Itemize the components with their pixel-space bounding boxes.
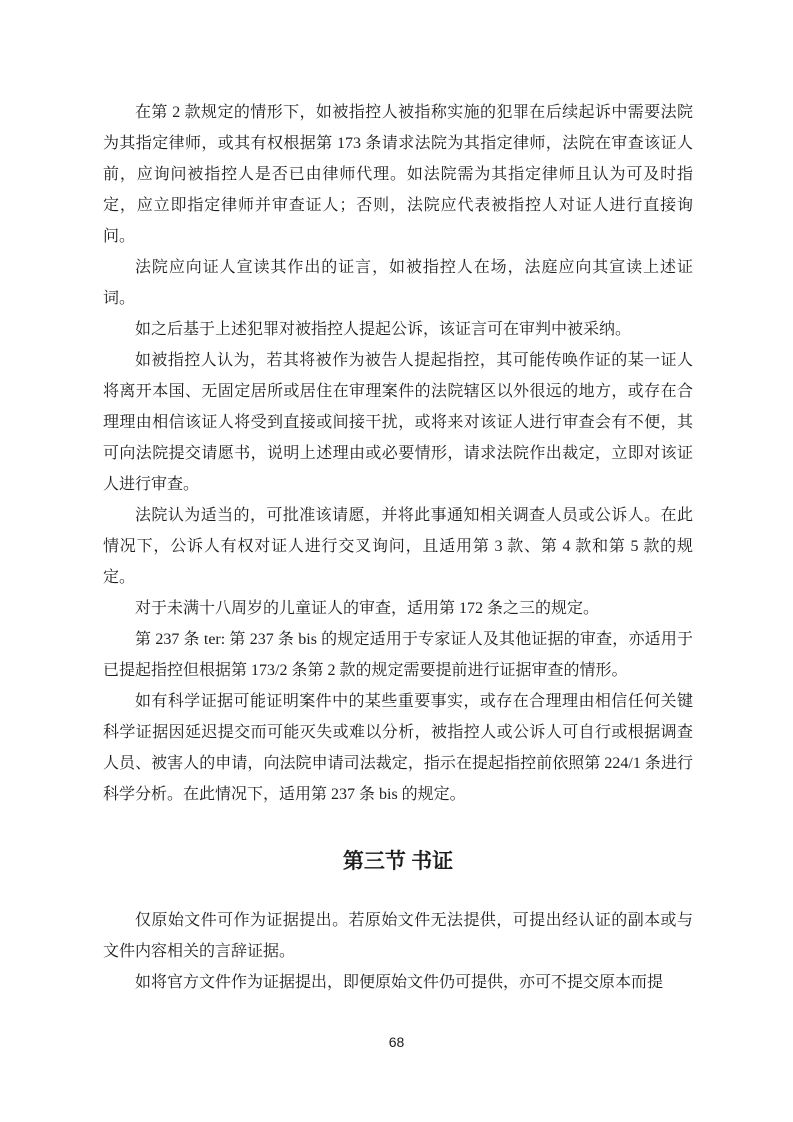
paragraph: 法院认为适当的，可批准该请愿，并将此事通知相关调查人员或公诉人。在此情况下，公诉… <box>103 500 693 593</box>
document-page: 在第 2 款规定的情形下，如被指控人被指称实施的犯罪在后续起诉中需要法院为其指定… <box>0 0 793 1122</box>
paragraph: 如将官方文件作为证据提出，即便原始文件仍可提供，亦可不提交原本而提 <box>103 967 693 998</box>
paragraph: 对于未满十八周岁的儿童证人的审查，适用第 172 条之三的规定。 <box>103 593 693 624</box>
paragraph: 如有科学证据可能证明案件中的某些重要事实，或存在合理理由相信任何关键科学证据因延… <box>103 686 693 810</box>
paragraph: 法院应向证人宣读其作出的证言，如被指控人在场，法庭应向其宣读上述证词。 <box>103 252 693 314</box>
paragraph: 第 237 条 ter: 第 237 条 bis 的规定适用于专家证人及其他证据… <box>103 624 693 686</box>
page-number: 68 <box>0 1034 793 1050</box>
paragraph: 在第 2 款规定的情形下，如被指控人被指称实施的犯罪在后续起诉中需要法院为其指定… <box>103 97 693 252</box>
section-heading: 第三节 书证 <box>103 846 693 877</box>
paragraph: 如被指控人认为，若其将被作为被告人提起指控，其可能传唤作证的某一证人将离开本国、… <box>103 345 693 500</box>
paragraph: 仅原始文件可作为证据提出。若原始文件无法提供，可提出经认证的副本或与文件内容相关… <box>103 905 693 967</box>
paragraph: 如之后基于上述犯罪对被指控人提起公诉，该证言可在审判中被采纳。 <box>103 314 693 345</box>
